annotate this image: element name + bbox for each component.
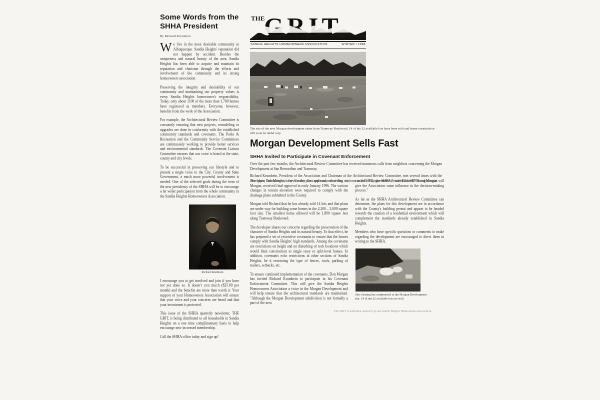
col1-paragraph-2: Morgan told Richard that he has already … — [250, 202, 348, 221]
dropcap-w: W — [160, 43, 173, 53]
article-columns: The plans submitted to the County for ap… — [250, 179, 446, 310]
masthead-info-row: SANDIA HEIGHTS HOMEOWNERS ASSOCIATION WI… — [251, 43, 366, 46]
col2-paragraph-3: Members who have specific questions or c… — [355, 230, 444, 244]
president-column: Some Words from the SHHA President By Ri… — [160, 13, 239, 344]
article-column-1: The plans submitted to the County for ap… — [250, 179, 348, 310]
left-paragraph-6: This issue of the SHHA quarterly newslet… — [160, 312, 239, 331]
left-signoff: Call the SHHA office today and sign up! — [160, 335, 239, 340]
left-paragraph-1: We live in the most desirable community … — [160, 43, 239, 82]
scanned-newsletter-page: Some Words from the SHHA President By Ri… — [0, 0, 600, 400]
issue-date: WINTER • 1996 — [342, 43, 366, 46]
morgan-site-photo — [250, 52, 366, 125]
morgan-site-photo-graphic — [250, 52, 366, 125]
portrait-caption: Richard Krumbein — [189, 271, 236, 274]
left-paragraph-2: Preserving the integrity and desirabilit… — [160, 85, 239, 114]
fine-print-line: The GRIT is published quarterly by the S… — [334, 310, 459, 313]
page-canvas: Some Words from the SHHA President By Ri… — [0, 0, 600, 400]
col2-paragraph-2: As far as the SHHA Architectural Review … — [355, 197, 444, 226]
morgan-site-photo-caption: The site of the new Morgan development t… — [250, 127, 440, 136]
site-clearing-photo-caption: Site clearing has commenced at the Morga… — [355, 293, 430, 301]
main-section: THE GRIT SANDIA HEIGHTS HOMEOWNERS ASSOC… — [250, 12, 446, 392]
main-headline: Morgan Development Sells Fast — [250, 138, 442, 150]
site-clearing-photo-graphic — [355, 248, 421, 291]
president-portrait-photo — [189, 204, 236, 269]
left-article-title: Some Words from the SHHA President — [160, 13, 239, 31]
main-subhead: SHHA Invited to Participate in Covenant … — [250, 154, 442, 160]
lead-paragraph-1: Over the past few months, the Architectu… — [250, 162, 442, 172]
masthead-rule-top — [250, 41, 366, 42]
left-paragraph-4: To be successful in preserving our lifes… — [160, 166, 239, 200]
article-column-2: controlled by the SHHA," said Richard, "… — [355, 179, 444, 310]
association-name: SANDIA HEIGHTS HOMEOWNERS ASSOCIATION — [251, 43, 328, 46]
left-paragraph-5: I encourage you to get involved and join… — [160, 279, 239, 308]
masthead-logo: THE GRIT — [250, 12, 366, 40]
grit-logo-graphic: THE GRIT — [250, 12, 366, 40]
masthead-kicker: THE — [251, 16, 265, 23]
left-article-byline: By Richard Krumbein — [160, 34, 239, 38]
col1-paragraph-4: To ensure continued implementation of th… — [250, 272, 348, 306]
col1-paragraph-1: The plans submitted to the County for ap… — [250, 179, 348, 198]
col1-paragraph-3: The developer shares our concerns regard… — [250, 225, 348, 268]
masthead-rule-bottom — [250, 48, 366, 49]
col2-paragraph-1: controlled by the SHHA," said Richard, "… — [355, 179, 444, 193]
left-paragraph-3: For example, the Architectural Review Co… — [160, 118, 239, 161]
portrait-illustration — [189, 204, 236, 269]
site-clearing-photo — [355, 248, 421, 291]
